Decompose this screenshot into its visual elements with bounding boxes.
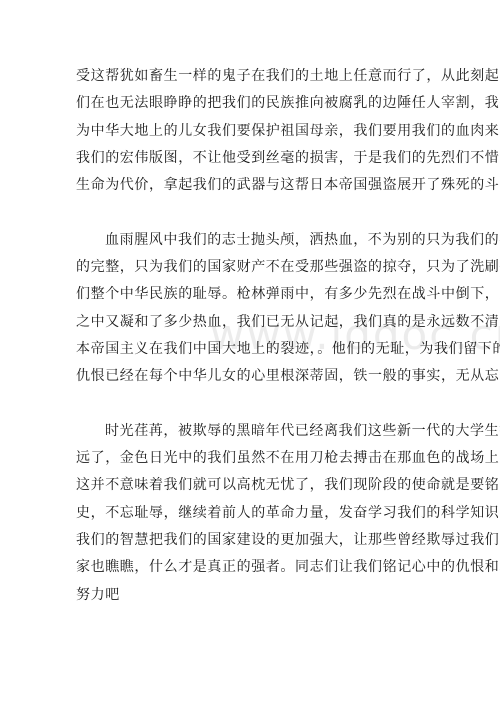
text-line: 生命为代价，拿起我们的武器与这帮日本帝国强盗展开了殊死的斗争。	[76, 172, 416, 199]
text-line: 史，不忘耻辱，继续着前人的革命力量，发奋学习我们的科学知识，用	[76, 500, 416, 527]
paragraph-2: 血雨腥风中我们的志士抛头颅，洒热血，不为别的只为我们的祖国 的完整，只为我们的国…	[76, 227, 416, 391]
text-line: 我们的智慧把我们的国家建设的更加强大，让那些曾经欺辱过我们的国	[76, 527, 416, 554]
text-line: 们整个中华民族的耻辱。枪林弹雨中，有多少先烈在战斗中倒下，血泊	[76, 281, 416, 308]
paragraph-1: 受这帮犹如畜生一样的鬼子在我们的土地上任意而行了，从此刻起，我 们在也无法眼睁睁…	[76, 63, 416, 199]
text-line: 家也瞧瞧，什么才是真正的强者。同志们让我们铭记心中的仇恨和耻辱，	[76, 554, 416, 581]
text-line: 远了，金色日光中的我们虽然不在用刀枪去搏击在那血色的战场上，但	[76, 445, 416, 472]
text-line: 之中又凝和了多少热血，我们已无从记起，我们真的是永远数不清了日	[76, 309, 416, 336]
text-line: 的完整，只为我们的国家财产不在受那些强盗的掠夺，只为了洗刷掉我	[76, 254, 416, 281]
text-line: 们在也无法眼睁睁的把我们的民族推向被腐乳的边陲任人宰割，我们做	[76, 90, 416, 117]
text-line: 努力吧	[76, 582, 416, 609]
text-line: 仇恨已经在每个中华儿女的心里根深蒂固，铁一般的事实，无从忘却。	[76, 363, 416, 390]
text-line: 我们的宏伟版图，不让他受到丝毫的损害，于是我们的先烈们不惜以，	[76, 145, 416, 172]
text-line: 血雨腥风中我们的志士抛头颅，洒热血，不为别的只为我们的祖国	[76, 227, 416, 254]
document-page: 受这帮犹如畜生一样的鬼子在我们的土地上任意而行了，从此刻起，我 们在也无法眼睁睁…	[76, 63, 416, 609]
text-line: 本帝国主义在我们中国大地上的裂迹，。他们的无耻，为我们留下的血债，	[76, 336, 416, 363]
paragraph-3: 时光荏苒，被欺辱的黑暗年代已经离我们这些新一代的大学生很久 远了，金色日光中的我…	[76, 418, 416, 609]
text-line: 为中华大地上的儿女我们要保护祖国母亲，我们要用我们的血肉来巩固	[76, 118, 416, 145]
text-line: 时光荏苒，被欺辱的黑暗年代已经离我们这些新一代的大学生很久	[76, 418, 416, 445]
text-line: 这并不意味着我们就可以高枕无忧了，我们现阶段的使命就是要铭记历	[76, 472, 416, 499]
text-line: 受这帮犹如畜生一样的鬼子在我们的土地上任意而行了，从此刻起，我	[76, 63, 416, 90]
